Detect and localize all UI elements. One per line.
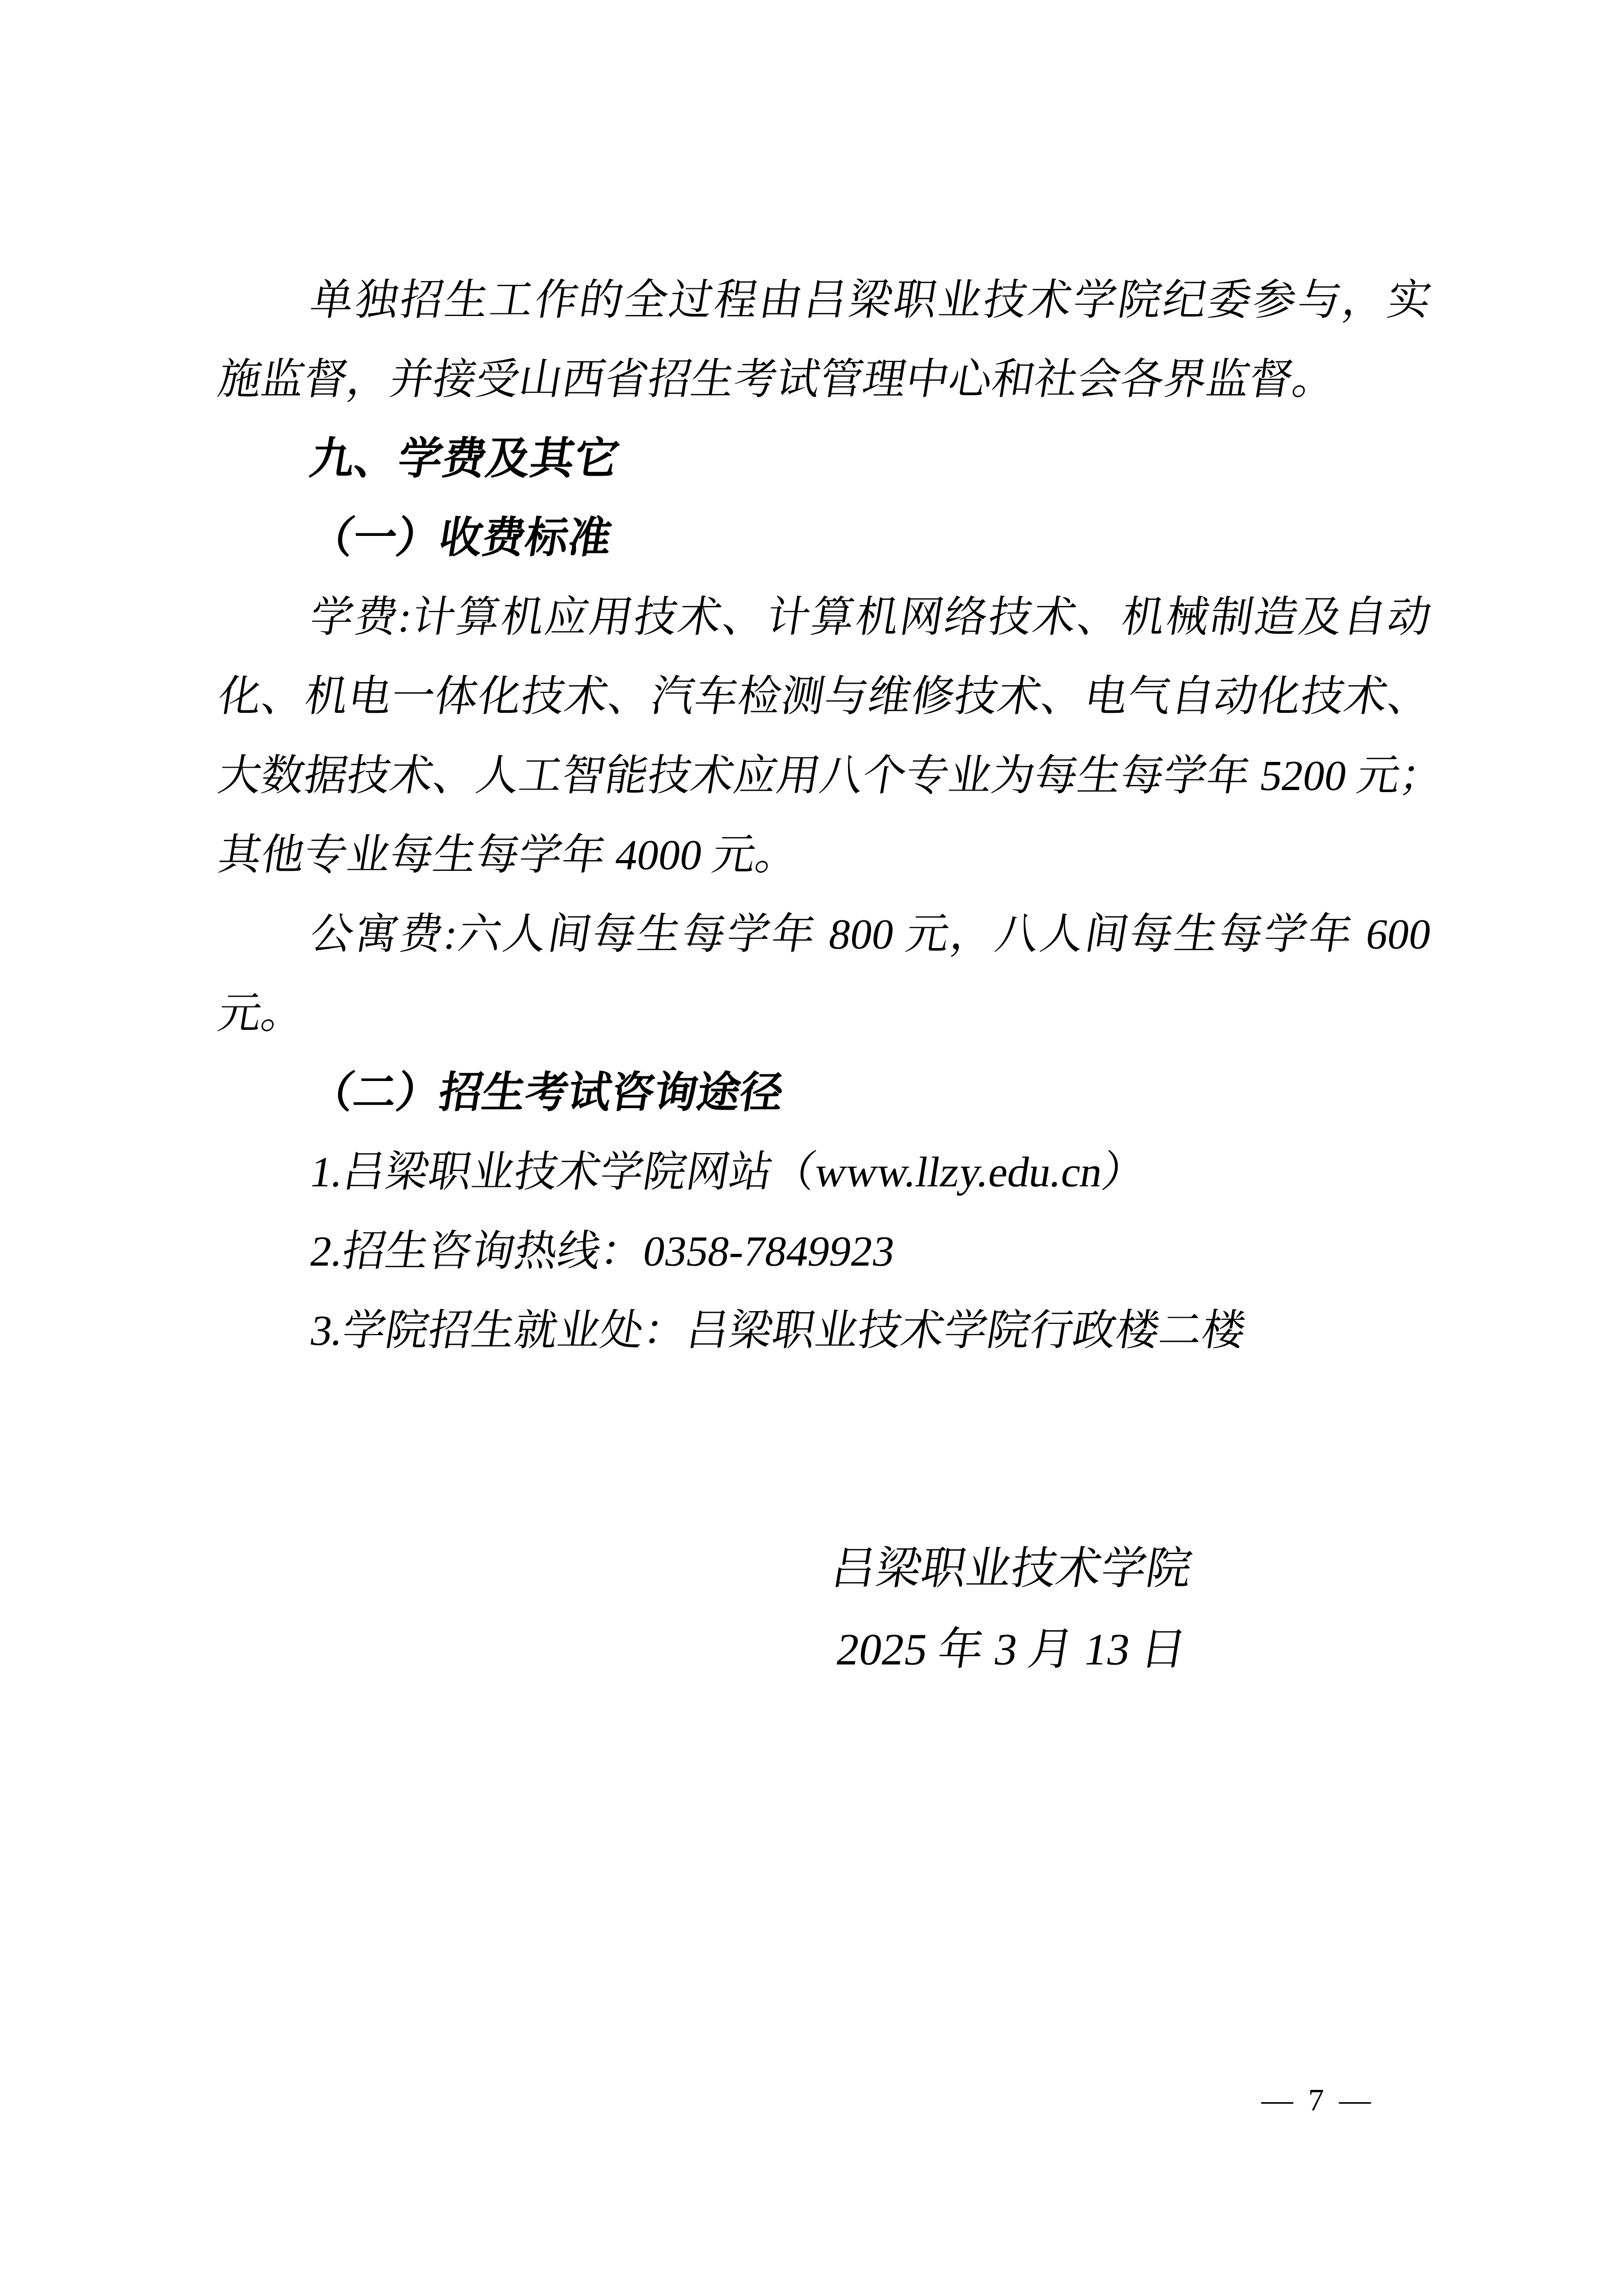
para-dorm-fee-line-1: 公寓费:六人间每生每学年 800 元，八人间每生每学年 600 <box>212 895 1437 974</box>
subheading-consult-paths: （二）招生考试咨询途径 <box>212 1053 1437 1133</box>
para-dorm-fee-line-2: 元。 <box>212 974 1437 1053</box>
list-item-website: 1.吕梁职业技术学院网站（www.llzy.edu.cn） <box>212 1133 1437 1212</box>
signature-organization: 吕梁职业技术学院 <box>749 1529 1274 1610</box>
para-supervision-line-1: 单独招生工作的全过程由吕梁职业技术学院纪委参与，实 <box>212 261 1437 340</box>
para-supervision-line-2: 施监督，并接受山西省招生考试管理中心和社会各界监督。 <box>212 340 1437 419</box>
para-tuition-line-3: 大数据技术、人工智能技术应用八个专业为每生每学年 5200 元； <box>212 736 1437 816</box>
section-heading-9: 九、学费及其它 <box>212 419 1437 499</box>
para-tuition-line-4: 其他专业每生每学年 4000 元。 <box>212 816 1437 895</box>
list-item-office: 3.学院招生就业处：吕梁职业技术学院行政楼二楼 <box>212 1291 1437 1370</box>
para-tuition-line-1: 学费:计算机应用技术、计算机网络技术、机械制造及自动 <box>212 578 1437 657</box>
document-page: 单独招生工作的全过程由吕梁职业技术学院纪委参与，实 施监督，并接受山西省招生考试… <box>0 0 1624 2296</box>
list-item-hotline: 2.招生咨询热线：0358-7849923 <box>212 1212 1437 1291</box>
signature-date: 2025 年 3 月 13 日 <box>749 1610 1274 1691</box>
signature-block: 吕梁职业技术学院 2025 年 3 月 13 日 <box>752 1529 1263 1691</box>
page-number: — 7 — <box>1261 2082 1371 2118</box>
document-content: 单独招生工作的全过程由吕梁职业技术学院纪委参与，实 施监督，并接受山西省招生考试… <box>215 261 1427 1370</box>
subheading-fee-standard: （一）收费标准 <box>212 499 1437 578</box>
para-tuition-line-2: 化、机电一体化技术、汽车检测与维修技术、电气自动化技术、 <box>212 657 1437 736</box>
